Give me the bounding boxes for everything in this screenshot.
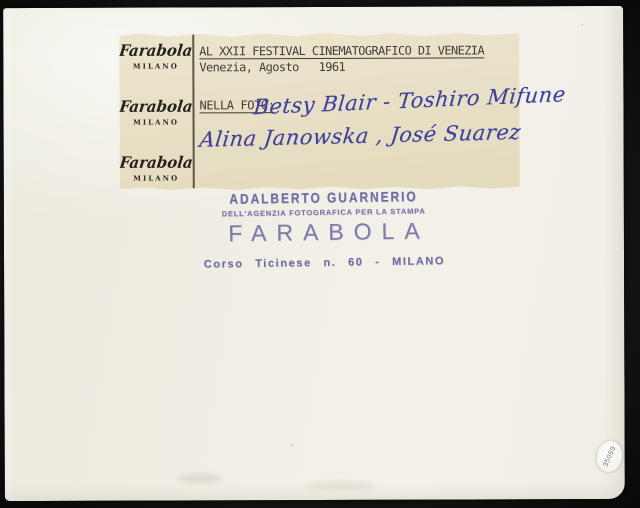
farabola-logo: Farabola MILANO xyxy=(119,97,192,126)
farabola-logo: Farabola MILANO xyxy=(119,41,192,70)
paper-speck xyxy=(291,444,293,446)
photo-paper: Farabola MILANO Farabola MILANO Farabola… xyxy=(3,6,625,501)
paper-smudge xyxy=(305,481,375,491)
farabola-wordmark: Farabola xyxy=(118,97,193,116)
paper-smudge xyxy=(177,473,223,483)
farabola-logo: Farabola MILANO xyxy=(120,153,193,182)
farabola-city-label: MILANO xyxy=(120,173,193,182)
farabola-wordmark: Farabola xyxy=(119,153,194,172)
agency-stamp: ADALBERTO GUARNERIO DELL'AGENZIA FOTOGRA… xyxy=(199,189,448,270)
sticker-number: 35059 xyxy=(602,445,617,468)
farabola-city-label: MILANO xyxy=(120,117,193,126)
photo-frame: Farabola MILANO Farabola MILANO Farabola… xyxy=(0,0,640,508)
label-divider xyxy=(192,34,195,188)
stamp-brand: FARABOLA xyxy=(200,217,448,247)
typed-location-date: Venezia, Agosto 1961 xyxy=(199,60,345,75)
stamp-owner-name: ADALBERTO GUARNERIO xyxy=(204,188,442,207)
typed-title: AL XXII FESTIVAL CINEMATOGRAFICO DI VENE… xyxy=(199,43,484,58)
agency-logo-column: Farabola MILANO Farabola MILANO Farabola… xyxy=(119,32,193,190)
farabola-wordmark: Farabola xyxy=(118,41,193,60)
paper-speck xyxy=(581,24,583,26)
stamp-address: Corso Ticinese n. 60 - MILANO xyxy=(200,255,448,270)
farabola-city-label: MILANO xyxy=(119,61,192,70)
